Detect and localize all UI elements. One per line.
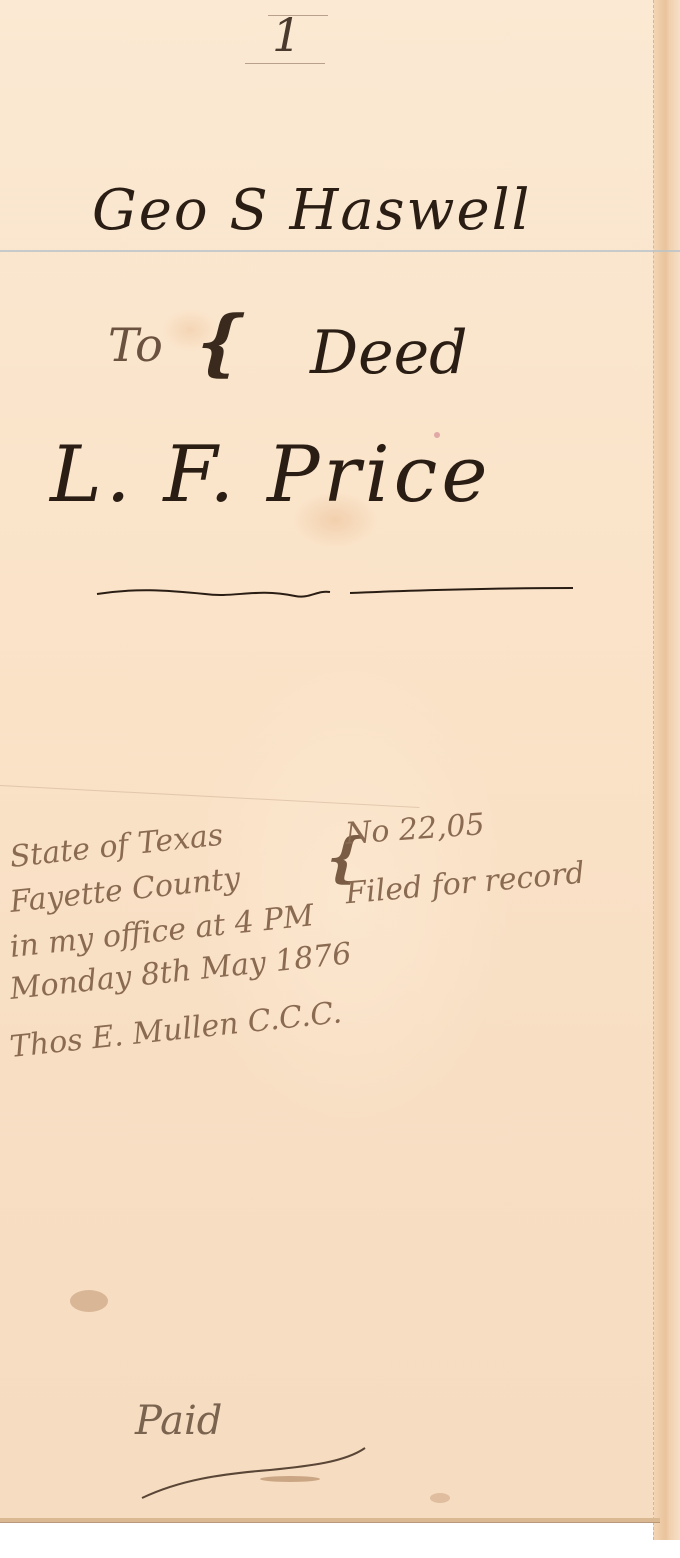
ink-stain — [430, 1493, 450, 1503]
underline-flourish-icon — [95, 582, 575, 606]
document-type: Deed — [310, 318, 468, 388]
paper-bottom-edge — [0, 1518, 660, 1523]
folded-paper-edge — [653, 0, 680, 1540]
ink-stain — [70, 1290, 108, 1312]
paid-flourish-icon — [140, 1440, 370, 1500]
grantee-name: L. F. Price — [50, 430, 492, 520]
brace-mark-icon: ❴ — [185, 300, 245, 384]
ink-stain — [260, 1476, 320, 1482]
grantor-name: Geo S Haswell — [92, 178, 531, 243]
page-number: 1 — [272, 8, 301, 62]
page-number-rule-bottom — [245, 63, 325, 64]
ruled-line — [0, 250, 680, 252]
paid-note: Paid — [135, 1398, 222, 1444]
to-label: To — [108, 318, 163, 372]
